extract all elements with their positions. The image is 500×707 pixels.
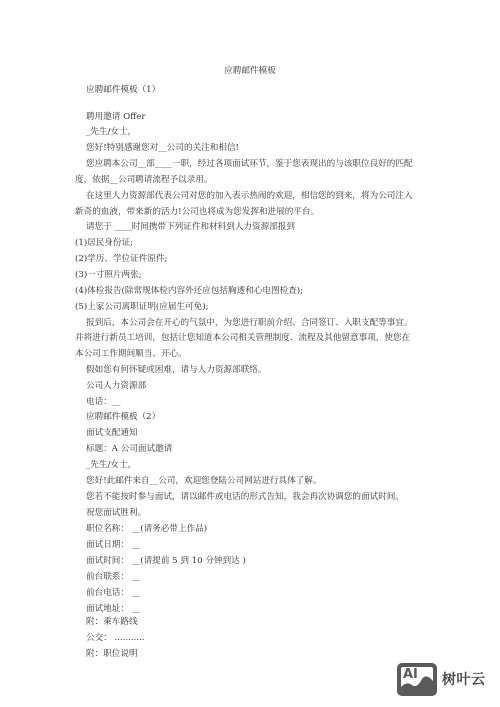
template-1-heading: 应聘邮件模板（1） xyxy=(86,85,160,96)
field-reception-contact: 前台联系： __ xyxy=(86,572,140,583)
field-reception-phone: 前台电话： __ xyxy=(86,588,140,599)
list-item: (5)上家公司离职证明(应届生可免); xyxy=(75,302,209,313)
greeting: 您好!特别感谢您对__公司的关注和相信! xyxy=(86,143,239,154)
phone-line: 电话：__ xyxy=(86,397,120,408)
paragraph-line: 假如您有何怀疑或困难，请与人力资源部联络。 xyxy=(86,365,266,376)
mountain-icon xyxy=(401,667,433,692)
field-position: 职位名称： __(请务必带上作品) xyxy=(86,524,207,535)
paragraph-line: 请您于 ____时间携带下列证件和材料到人力资源部报到 xyxy=(86,222,295,233)
attachment-route: 附：乘车路线 xyxy=(86,617,138,628)
template-2-heading: 应聘邮件模板（2） xyxy=(86,412,160,423)
paragraph-line: 祝您面试胜利。 xyxy=(86,508,146,519)
paragraph-line: 新奇的血液，带来新的活力!公司也将成为您发挥和进展的平台。 xyxy=(75,207,319,218)
field-time: 面试时间： __(请提前 5 到 10 分钟到达 ) xyxy=(86,556,246,567)
list-item: (1)居民身份证; xyxy=(75,238,133,249)
salutation: _先生/女士， xyxy=(86,460,136,471)
brand-name: 树叶云 xyxy=(442,669,486,689)
paragraph-line: 报到后，本公司会在开心的气氛中，为您进行职前介绍、合同签订、入职支配等事宜。 xyxy=(86,318,413,329)
subject-line: 标题：A 公司面试邀请 xyxy=(86,444,172,455)
document-page: 应聘邮件模板 应聘邮件模板（1） 聘用邀请 Offer _先生/女士， 您好!特… xyxy=(0,0,500,707)
paragraph-line: 度，依据__公司聘请流程予以录用。 xyxy=(75,175,213,186)
watermark: AI 树叶云 xyxy=(397,659,497,699)
bus-line: 公交： ........... xyxy=(86,633,145,644)
paragraph-line: 您应聘本公司__部____一职，经过各项面试环节，鉴于您表现出的与该职位良好的匹… xyxy=(86,159,413,170)
greeting: 您好!此邮件来自__公司，欢迎您登陆公司网站进行具体了解。 xyxy=(86,476,322,487)
signature-department: 公司人力资源部 xyxy=(86,381,146,392)
attachment-job-description: 附：职位说明 xyxy=(86,649,138,660)
paragraph-line: 本公司工作期间顺当、开心。 xyxy=(75,349,187,360)
paragraph-line: 并将进行新员工培训，包括让您知道本公司相关管理制度、流程及其他留意事项，使您在 xyxy=(75,333,410,344)
list-item: (4)体检报告(除常规体检内容外还应包括胸透和心电图检查); xyxy=(75,286,303,297)
notice-title: 面试支配通知 xyxy=(86,428,138,439)
field-date: 面试日期： __ xyxy=(86,540,140,551)
paragraph-line: 在这里人力资源部代表公司对您的加入表示热闹的欢迎，相信您的到来，将为公司注入 xyxy=(86,191,413,202)
field-address: 面试地址： __ xyxy=(86,604,140,615)
document-title: 应聘邮件模板 xyxy=(0,64,500,76)
list-item: (3)一寸照片两张; xyxy=(75,270,142,281)
offer-title: 聘用邀请 Offer xyxy=(86,112,145,123)
ai-logo-icon: AI xyxy=(397,663,437,696)
list-item: (2)学历、学位证件原件; xyxy=(75,254,167,265)
salutation: _先生/女士， xyxy=(86,127,136,138)
paragraph-line: 您若不能按时参与面试，请以邮件或电话的形式告知，我会再次协调您的面试时间。 xyxy=(86,492,404,503)
